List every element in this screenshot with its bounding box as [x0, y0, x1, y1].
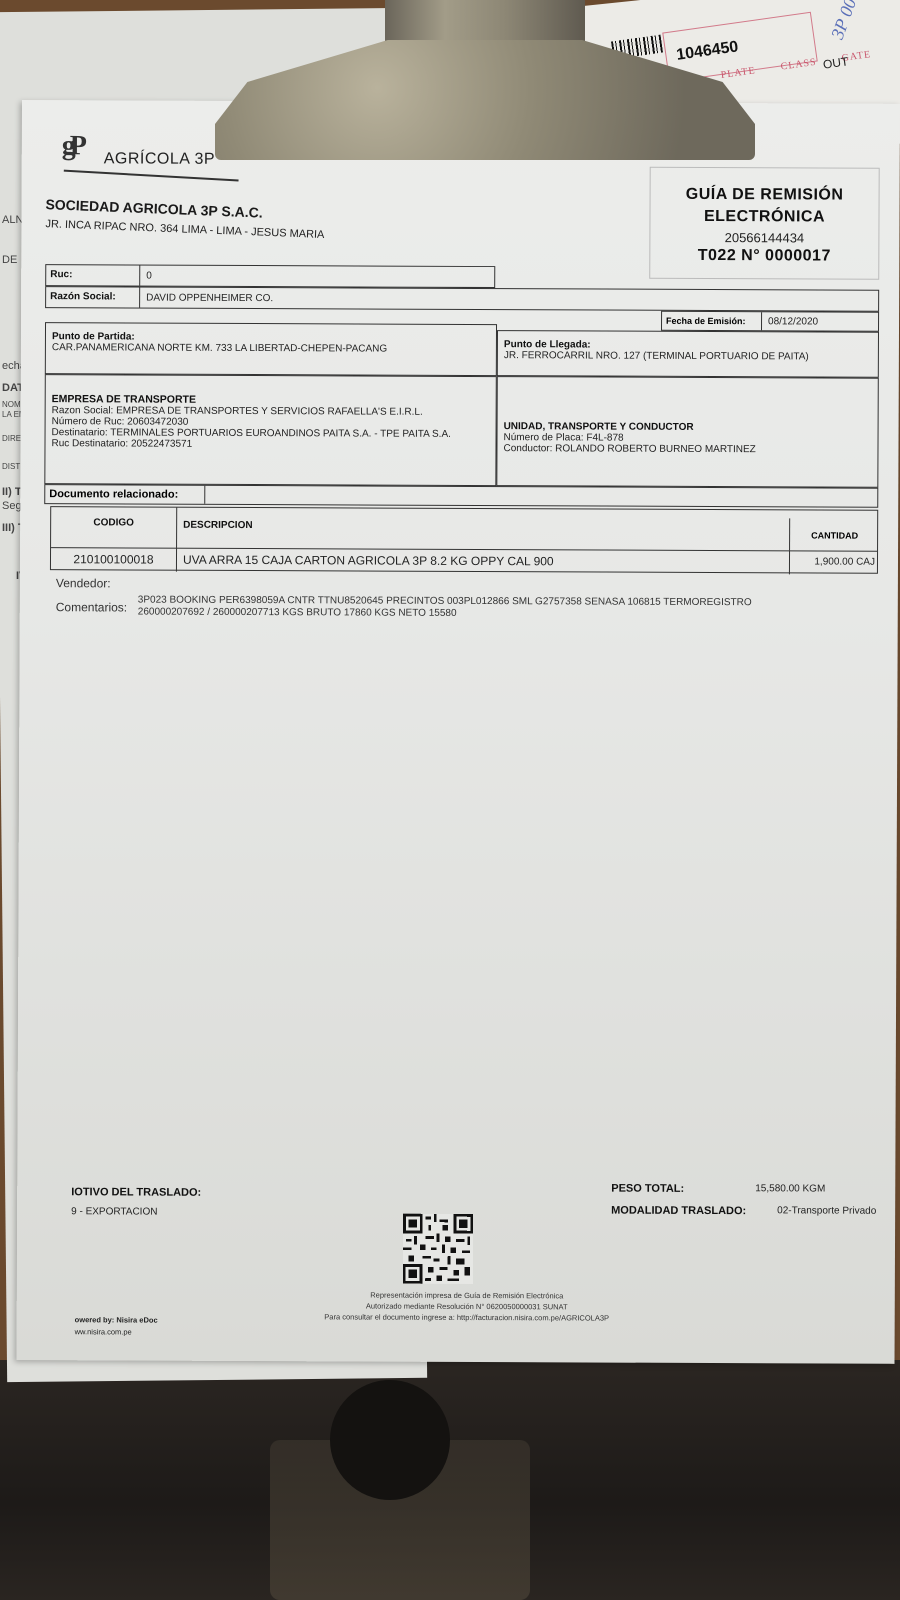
vendedor-label: Vendedor:: [56, 576, 111, 590]
motivo-traslado-label: IOTIVO DEL TRASLADO:: [71, 1186, 201, 1199]
punto-llegada: Punto de Llegada: JR. FERROCARRIL NRO. 1…: [497, 330, 879, 378]
powered-by: owered by: Nisira eDoc ww.nisira.com.pe: [75, 1314, 158, 1338]
clip-plate: [215, 40, 755, 160]
comentarios-label: Comentarios:: [56, 600, 127, 614]
recipient-ruc-row: Ruc: 0: [45, 264, 495, 288]
header-descripcion: DESCRIPCION: [177, 508, 789, 551]
razon-social-label: Razón Social:: [46, 287, 140, 307]
documento-relacionado-label: Documento relacionado:: [45, 485, 205, 504]
logo-text: AGRÍCOLA 3P: [104, 150, 215, 168]
recipient-razon-row: Razón Social: DAVID OPPENHEIMER CO.: [45, 286, 879, 312]
logo-underline: [64, 170, 239, 182]
dark-object: [330, 1380, 450, 1500]
modalidad-traslado-value: 02-Transporte Privado: [777, 1205, 876, 1216]
razon-social-value: DAVID OPPENHEIMER CO.: [140, 288, 878, 311]
documento-relacionado-row: Documento relacionado:: [44, 484, 878, 508]
punto-partida: Punto de Partida: CAR.PANAMERICANA NORTE…: [45, 322, 497, 376]
clipboard-clip: [215, 0, 755, 160]
header-cantidad: CANTIDAD: [789, 518, 879, 550]
empresa-transporte: EMPRESA DE TRANSPORTE Razon Social: EMPR…: [44, 374, 496, 486]
company-name: SOCIEDAD AGRICOLA 3P S.A.C.: [45, 196, 263, 221]
ruc-value: 0: [140, 266, 494, 288]
guia-number: T022 N° 0000017: [650, 247, 878, 266]
issuer-ruc: 20566144434: [650, 230, 878, 246]
comentarios-value: 3P023 BOOKING PER6398059A CNTR TTNU85206…: [138, 595, 828, 622]
modalidad-traslado-label: MODALIDAD TRASLADO:: [611, 1205, 746, 1218]
company-address: JR. INCA RIPAC NRO. 364 LIMA - LIMA - JE…: [45, 218, 324, 241]
peso-total-label: PESO TOTAL:: [611, 1183, 684, 1195]
ruc-label: Ruc:: [46, 265, 140, 285]
items-table: CODIGO DESCRIPCION CANTIDAD 210100100018…: [50, 506, 878, 574]
peso-total-value: 15,580.00 KGM: [755, 1183, 825, 1194]
guia-header-box: GUÍA DE REMISIÓN ELECTRÓNICA 20566144434…: [649, 167, 879, 280]
consult-url-link[interactable]: Para consultar el documento ingrese a: h…: [287, 1311, 647, 1324]
legal-notice: Representación impresa de Guía de Remisi…: [287, 1289, 647, 1324]
item-codigo: 210100100018: [51, 547, 177, 572]
background-floor: [0, 1360, 900, 1600]
guia-title: GUÍA DE REMISIÓN ELECTRÓNICA: [650, 184, 878, 229]
qr-code-icon[interactable]: [401, 1214, 475, 1284]
header-codigo: CODIGO: [51, 507, 177, 548]
powered-by-url[interactable]: ww.nisira.com.pe: [75, 1326, 158, 1338]
logo-mark-icon: gP: [62, 130, 81, 162]
fecha-emision-value: 08/12/2020: [762, 312, 878, 331]
fecha-emision-row: Fecha de Emisión: 08/12/2020: [661, 311, 879, 332]
unidad-transporte-conductor: UNIDAD, TRANSPORTE Y CONDUCTOR Número de…: [496, 376, 878, 488]
guia-remision-document: gP AGRÍCOLA 3P SOCIEDAD AGRICOLA 3P S.A.…: [17, 100, 900, 1364]
motivo-traslado-value: 9 - EXPORTACION: [71, 1206, 157, 1217]
item-cantidad: 1,900.00 CAJ: [789, 550, 879, 574]
fecha-emision-label: Fecha de Emisión:: [662, 312, 762, 330]
item-descripcion: UVA ARRA 15 CAJA CARTON AGRICOLA 3P 8.2 …: [177, 548, 789, 575]
